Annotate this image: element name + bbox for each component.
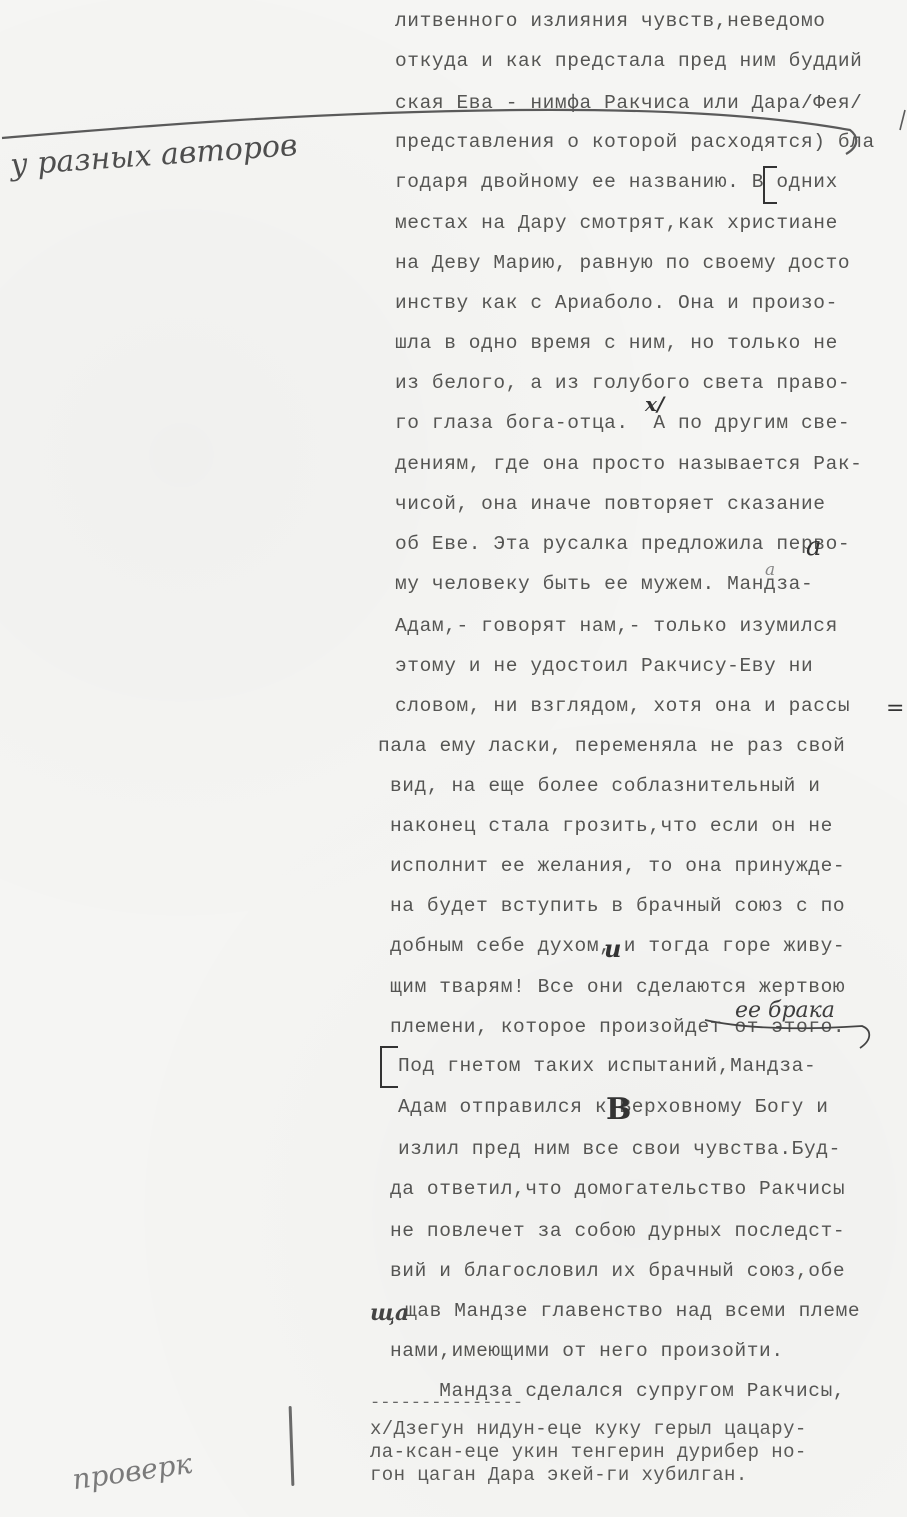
footnote-line: гон цаган Дара экей-ги хубилган. (370, 1466, 748, 1485)
text-line: излил пред ним все свои чувства.Буд- (398, 1140, 841, 1160)
text-line: дениям, где она просто называется Рак- (395, 455, 862, 475)
text-line: Адам,- говорят нам,- только изумился (395, 617, 838, 637)
margin-note-bottom: проверк (70, 1447, 194, 1496)
correction-i: и (604, 934, 621, 963)
text-line: литвенного излияния чувств,неведомо (395, 12, 826, 32)
text-line: словом, ни взглядом, хотя она и рассы (395, 697, 850, 717)
text-line: местах на Дару смотрят,как христиане (395, 214, 838, 234)
text-line: откуда и как предстала пред ним буддий (395, 52, 862, 72)
text-line: щав Мандзе главенство над всеми племе (405, 1302, 860, 1322)
correction-shcha: ща (370, 1300, 409, 1326)
paragraph-mark-1 (763, 166, 777, 204)
text-line: Под гнетом таких испытаний,Мандза- (398, 1057, 816, 1077)
text-line: об Еве. Эта русалка предложила перво- (395, 535, 850, 555)
correction-a-2: а (765, 560, 775, 580)
footnote-separator: --------------- (370, 1394, 523, 1413)
footnote-line: х/Дзегун нидун-еце куку герыл цацару- (370, 1420, 807, 1439)
text-line: инству как с Ариаболо. Она и произо- (395, 294, 838, 314)
text-line: из белого, а из голубого света право- (395, 374, 850, 394)
text-line: му человеку быть ее мужем. Мандза- (395, 575, 813, 595)
insertion-curve (700, 1010, 890, 1050)
footnote-line: ла-ксан-еце укин тенгерин дурибер но- (370, 1443, 807, 1462)
text-line: наконец стала грозить,что если он не (390, 817, 833, 837)
text-line: на Деву Марию, равную по своему досто (395, 254, 850, 274)
margin-dash: = (886, 696, 904, 721)
text-line: вид, на еще более соблазнительный и (390, 777, 821, 797)
text-line: исполнит ее желания, то она принужде- (390, 857, 845, 877)
text-line: шла в одно время с ним, но только не (395, 334, 838, 354)
footnote-mark: х/ (645, 392, 664, 416)
pencil-vertical-mark (289, 1406, 295, 1486)
paragraph-mark-2 (380, 1046, 398, 1088)
text-line: да ответил,что домогательство Ракчисы (390, 1180, 845, 1200)
text-line: этому и не удостоил Ракчису-Еву ни (395, 657, 813, 677)
correction-a-1: а (806, 532, 822, 562)
text-line: пала ему ласки, переменяла не раз свой (378, 737, 845, 757)
text-line: вий и благословил их брачный союз,обе (390, 1262, 845, 1282)
text-line: го глаза бога-отца. А по другим све- (395, 414, 850, 434)
text-line: на будет вступить в брачный союз с по (390, 897, 845, 917)
manuscript-page: литвенного излияния чувств,неведомооткуд… (0, 0, 907, 1517)
text-line: нами,имеющими от него произойти. (390, 1342, 784, 1362)
correction-V: В (606, 1092, 631, 1127)
text-line: не повлечет за собою дурных последст- (390, 1222, 845, 1242)
text-line: щим тварям! Все они сделаются жертвою (390, 978, 845, 998)
text-line: чисой, она иначе повторяет сказание (395, 495, 826, 515)
